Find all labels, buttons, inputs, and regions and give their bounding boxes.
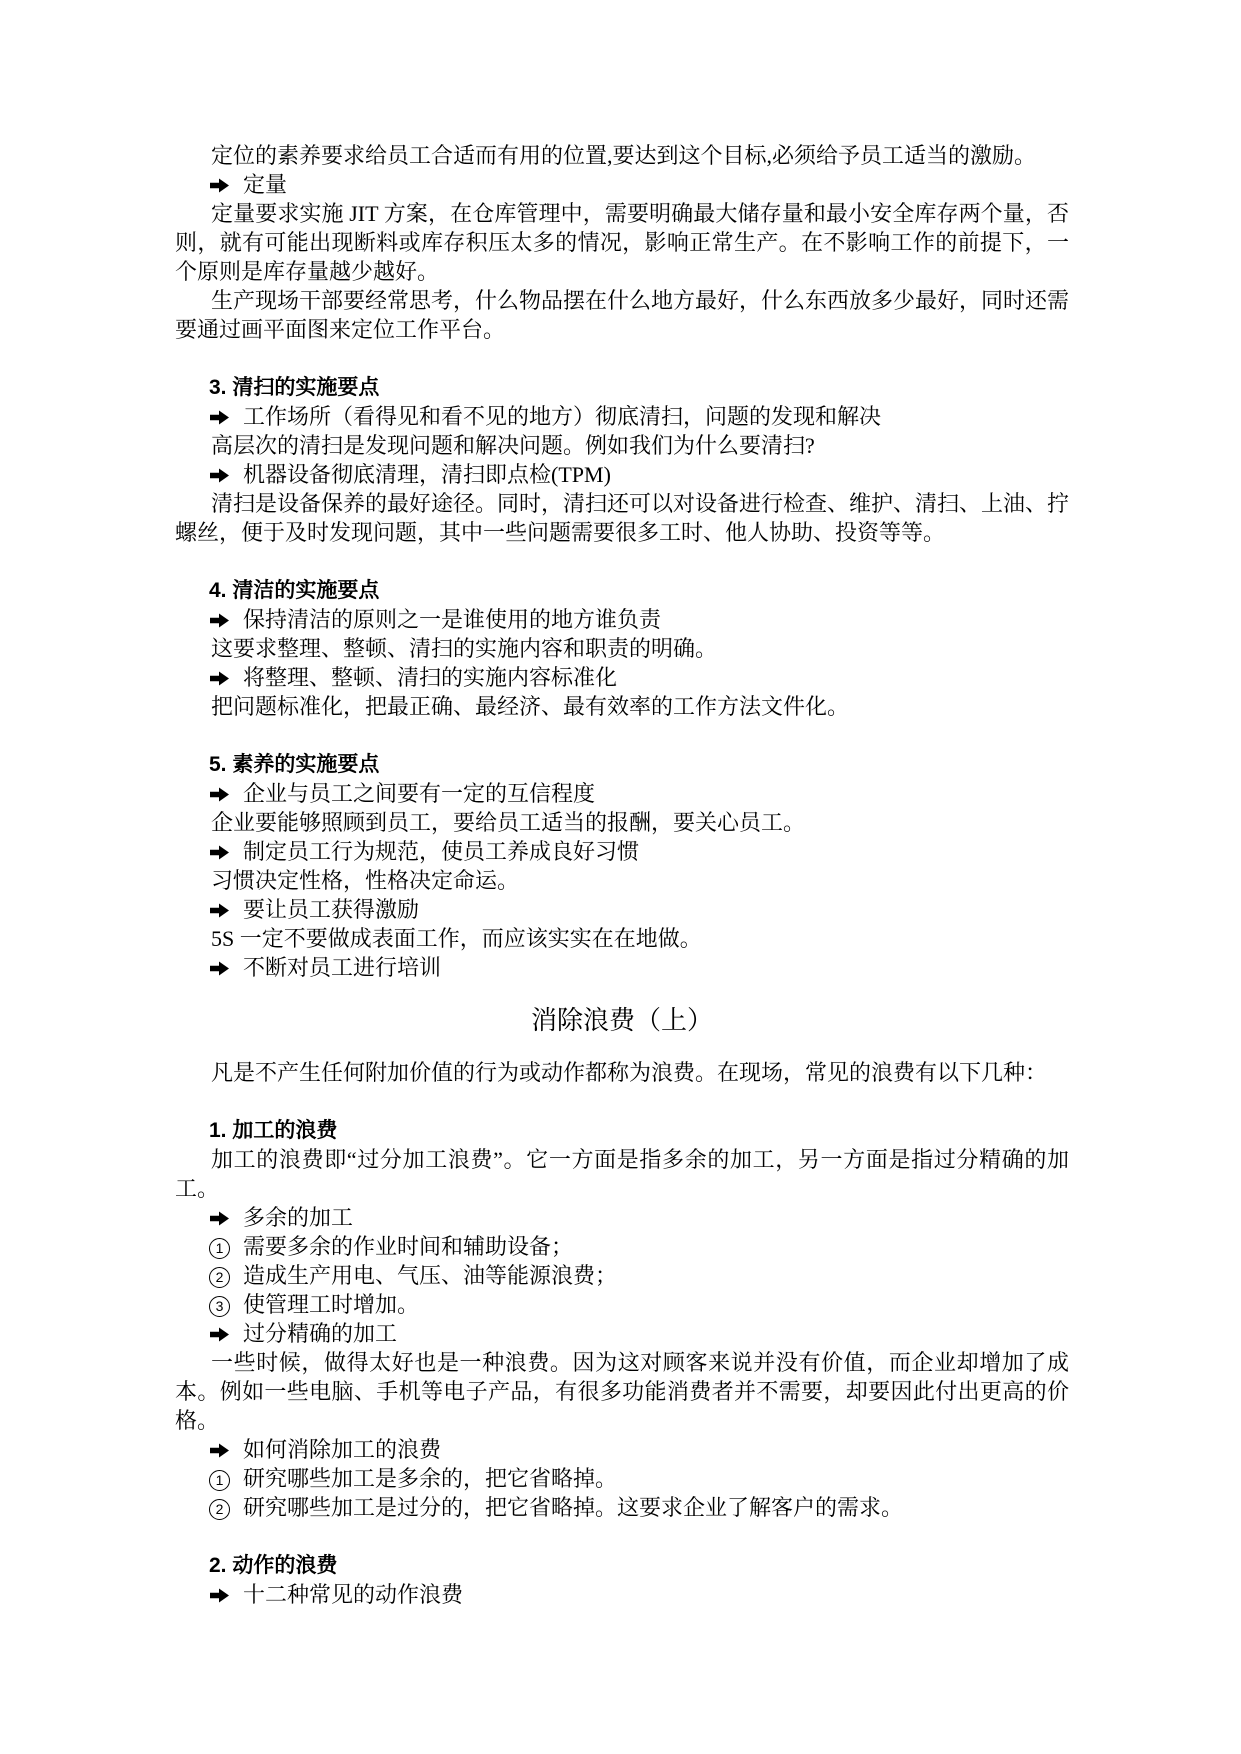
- paragraph: 加工的浪费即“过分加工浪费”。它一方面是指多余的加工，另一方面是指过分精确的加工…: [175, 1145, 1069, 1203]
- paragraph: 定位的素养要求给员工合适而有用的位置,要达到这个目标,必须给予员工适当的激励。: [175, 141, 1069, 170]
- circled-number-icon: 1: [209, 1238, 230, 1259]
- bullet-text: 如何消除加工的浪费: [243, 1437, 441, 1462]
- bullet-text: 不断对员工进行培训: [243, 955, 441, 980]
- numbered-text: 需要多余的作业时间和辅助设备；: [243, 1234, 573, 1259]
- bullet-text: 过分精确的加工: [243, 1321, 397, 1346]
- bullet-text: 工作场所（看得见和看不见的地方）彻底清扫，问题的发现和解决: [243, 404, 881, 429]
- bullet-text: 将整理、整顿、清扫的实施内容标准化: [243, 665, 617, 690]
- bullet-item: 不断对员工进行培训: [175, 953, 1069, 982]
- paragraph: 定量要求实施 JIT 方案，在仓库管理中，需要明确最大储存量和最小安全库存两个量…: [175, 199, 1069, 286]
- bullet-item: 将整理、整顿、清扫的实施内容标准化: [175, 663, 1069, 692]
- arrow-bullet-icon: [209, 1319, 230, 1348]
- arrow-bullet-icon: [209, 170, 230, 199]
- bullet-item: 要让员工获得激励: [175, 895, 1069, 924]
- bullet-item: 十二种常见的动作浪费: [175, 1580, 1069, 1609]
- bullet-item: 机器设备彻底清理，清扫即点检(TPM): [175, 460, 1069, 489]
- arrow-bullet-icon: [209, 953, 230, 982]
- bullet-text: 要让员工获得激励: [243, 897, 419, 922]
- bullet-item: 多余的加工: [175, 1203, 1069, 1232]
- arrow-bullet-icon: [209, 779, 230, 808]
- paragraph: 一些时候，做得太好也是一种浪费。因为这对顾客来说并没有价值，而企业却增加了成本。…: [175, 1348, 1069, 1435]
- arrow-bullet-icon: [209, 1203, 230, 1232]
- bullet-item: 定量: [175, 170, 1069, 199]
- bullet-item: 过分精确的加工: [175, 1319, 1069, 1348]
- arrow-bullet-icon: [209, 895, 230, 924]
- document-page: 定位的素养要求给员工合适而有用的位置,要达到这个目标,必须给予员工适当的激励。定…: [0, 0, 1241, 1754]
- numbered-text: 造成生产用电、气压、油等能源浪费；: [243, 1263, 617, 1288]
- numbered-item: 2造成生产用电、气压、油等能源浪费；: [175, 1261, 1069, 1290]
- circled-number-icon: 3: [209, 1296, 230, 1317]
- circled-number-icon: 1: [209, 1470, 230, 1491]
- section-heading: 5. 素养的实施要点: [175, 750, 1069, 779]
- bullet-item: 企业与员工之间要有一定的互信程度: [175, 779, 1069, 808]
- paragraph: 习惯决定性格，性格决定命运。: [175, 866, 1069, 895]
- arrow-bullet-icon: [209, 605, 230, 634]
- paragraph: 这要求整理、整顿、清扫的实施内容和职责的明确。: [175, 634, 1069, 663]
- bullet-text: 保持清洁的原则之一是谁使用的地方谁负责: [243, 607, 661, 632]
- arrow-bullet-icon: [209, 402, 230, 431]
- bullet-item: 如何消除加工的浪费: [175, 1435, 1069, 1464]
- arrow-bullet-icon: [209, 460, 230, 489]
- bullet-text: 企业与员工之间要有一定的互信程度: [243, 781, 595, 806]
- circled-number-icon: 2: [209, 1499, 230, 1520]
- arrow-bullet-icon: [209, 837, 230, 866]
- paragraph: 把问题标准化，把最正确、最经济、最有效率的工作方法文件化。: [175, 692, 1069, 721]
- arrow-bullet-icon: [209, 663, 230, 692]
- paragraph: 高层次的清扫是发现问题和解决问题。例如我们为什么要清扫?: [175, 431, 1069, 460]
- arrow-bullet-icon: [209, 1435, 230, 1464]
- paragraph: 凡是不产生任何附加价值的行为或动作都称为浪费。在现场，常见的浪费有以下几种：: [175, 1058, 1069, 1087]
- section-heading: 1. 加工的浪费: [175, 1116, 1069, 1145]
- paragraph: 清扫是设备保养的最好途径。同时，清扫还可以对设备进行检查、维护、清扫、上油、拧螺…: [175, 489, 1069, 547]
- document-title: 消除浪费（上）: [175, 1003, 1069, 1039]
- bullet-text: 制定员工行为规范，使员工养成良好习惯: [243, 839, 639, 864]
- section-heading: 4. 清洁的实施要点: [175, 576, 1069, 605]
- document-body: 定位的素养要求给员工合适而有用的位置,要达到这个目标,必须给予员工适当的激励。定…: [175, 141, 1069, 1609]
- arrow-bullet-icon: [209, 1580, 230, 1609]
- bullet-text: 定量: [243, 172, 287, 197]
- section-heading: 3. 清扫的实施要点: [175, 373, 1069, 402]
- bullet-item: 保持清洁的原则之一是谁使用的地方谁负责: [175, 605, 1069, 634]
- bullet-text: 十二种常见的动作浪费: [243, 1582, 463, 1607]
- bullet-item: 工作场所（看得见和看不见的地方）彻底清扫，问题的发现和解决: [175, 402, 1069, 431]
- numbered-item: 3使管理工时增加。: [175, 1290, 1069, 1319]
- numbered-text: 研究哪些加工是过分的，把它省略掉。这要求企业了解客户的需求。: [243, 1495, 903, 1520]
- paragraph: 生产现场干部要经常思考，什么物品摆在什么地方最好，什么东西放多少最好，同时还需要…: [175, 286, 1069, 344]
- paragraph: 企业要能够照顾到员工，要给员工适当的报酬，要关心员工。: [175, 808, 1069, 837]
- numbered-item: 2研究哪些加工是过分的，把它省略掉。这要求企业了解客户的需求。: [175, 1493, 1069, 1522]
- section-heading: 2. 动作的浪费: [175, 1551, 1069, 1580]
- bullet-item: 制定员工行为规范，使员工养成良好习惯: [175, 837, 1069, 866]
- bullet-text: 机器设备彻底清理，清扫即点检(TPM): [243, 462, 611, 487]
- numbered-item: 1研究哪些加工是多余的，把它省略掉。: [175, 1464, 1069, 1493]
- bullet-text: 多余的加工: [243, 1205, 353, 1230]
- numbered-item: 1需要多余的作业时间和辅助设备；: [175, 1232, 1069, 1261]
- numbered-text: 使管理工时增加。: [243, 1292, 419, 1317]
- circled-number-icon: 2: [209, 1267, 230, 1288]
- numbered-text: 研究哪些加工是多余的，把它省略掉。: [243, 1466, 617, 1491]
- paragraph: 5S 一定不要做成表面工作，而应该实实在在地做。: [175, 924, 1069, 953]
